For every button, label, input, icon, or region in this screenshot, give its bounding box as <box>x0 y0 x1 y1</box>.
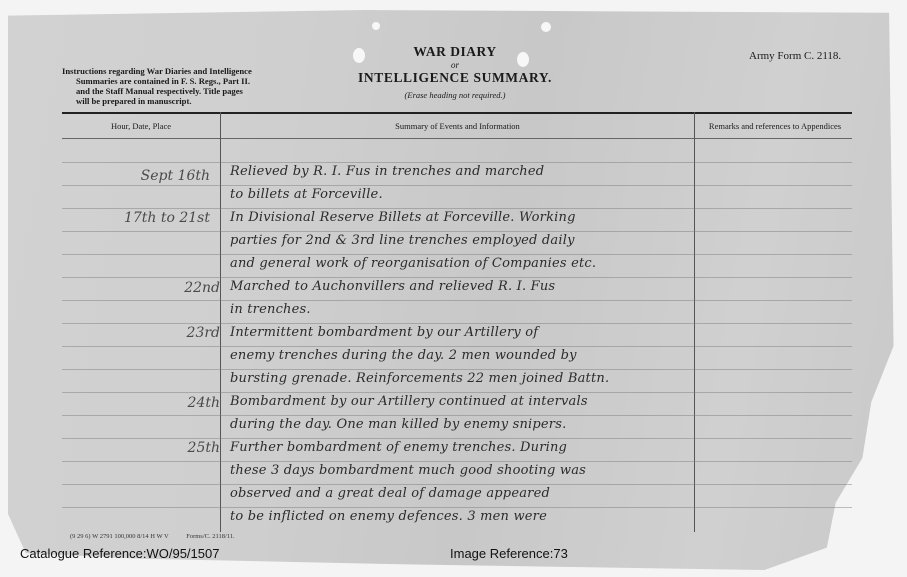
entry-date: 25th <box>80 440 220 456</box>
instructions-line: Instructions regarding War Diaries and I… <box>62 66 282 76</box>
entry-text: Intermittent bombardment by our Artiller… <box>230 325 538 340</box>
form-title: WAR DIARY or INTELLIGENCE SUMMARY. (Eras… <box>330 44 580 100</box>
punch-hole <box>372 22 380 30</box>
entry-text: in trenches. <box>230 302 311 317</box>
entry-text: and general work of reorganisation of Co… <box>230 256 596 271</box>
punch-hole <box>541 22 551 32</box>
ruled-line <box>62 392 852 393</box>
ruled-line <box>62 185 852 186</box>
entry-text: parties for 2nd & 3rd line trenches empl… <box>230 233 575 248</box>
column-divider <box>220 112 221 532</box>
instructions-line: will be prepared in manuscript. <box>62 96 282 106</box>
ruled-line <box>62 369 852 370</box>
column-header-summary: Summary of Events and Information <box>221 121 694 131</box>
entry-date: Sept 16th <box>80 168 210 184</box>
ruled-line <box>62 461 852 462</box>
entry-date: 23rd <box>80 325 220 341</box>
entry-text: to billets at Forceville. <box>230 187 383 202</box>
entry-text: Further bombardment of enemy trenches. D… <box>230 440 567 455</box>
ruled-line <box>62 415 852 416</box>
column-divider <box>694 112 695 532</box>
ruled-line <box>62 231 852 232</box>
ruled-line <box>62 438 852 439</box>
entry-text: to be inflicted on enemy defences. 3 men… <box>230 509 547 524</box>
ruled-line <box>62 507 852 508</box>
ruled-line <box>62 323 852 324</box>
image-reference: Image Reference:73 <box>450 546 568 561</box>
instructions-line: and the Staff Manual respectively. Title… <box>62 86 282 96</box>
column-header-remarks: Remarks and references to Appendices <box>695 121 855 131</box>
title-intelligence-summary: INTELLIGENCE SUMMARY. <box>330 70 580 86</box>
print-code: (9 29 6) W 2791 100,000 8/14 H W V <box>70 533 169 540</box>
entry-text: enemy trenches during the day. 2 men wou… <box>230 348 577 363</box>
entry-text: Bombardment by our Artillery continued a… <box>230 394 588 409</box>
entry-date: 17th to 21st <box>80 210 210 226</box>
header-rule <box>62 112 852 114</box>
catalogue-reference: Catalogue Reference:WO/95/1507 <box>20 546 219 561</box>
form-number: Forms/C. 2118/11. <box>186 533 234 540</box>
entry-text: bursting grenade. Reinforcements 22 men … <box>230 371 609 386</box>
entry-date: 22nd <box>80 280 220 296</box>
entry-text: Relieved by R. I. Fus in trenches and ma… <box>230 164 544 179</box>
title-note: (Erase heading not required.) <box>330 90 580 100</box>
entry-text: In Divisional Reserve Billets at Forcevi… <box>230 210 576 225</box>
title-war-diary: WAR DIARY <box>330 44 580 60</box>
ruled-line <box>62 162 852 163</box>
instructions-line: Summaries are contained in F. S. Regs., … <box>62 76 282 86</box>
ruled-line <box>62 277 852 278</box>
column-header-rule <box>62 138 852 139</box>
entry-text: Marched to Auchonvillers and relieved R.… <box>230 279 555 294</box>
entry-text: these 3 days bombardment much good shoot… <box>230 463 586 478</box>
entry-text: observed and a great deal of damage appe… <box>230 486 550 501</box>
entry-text: during the day. One man killed by enemy … <box>230 417 566 432</box>
entry-date: 24th <box>80 395 220 411</box>
ruled-line <box>62 346 852 347</box>
ruled-line <box>62 300 852 301</box>
ruled-line <box>62 208 852 209</box>
ruled-line <box>62 254 852 255</box>
form-instructions: Instructions regarding War Diaries and I… <box>62 66 282 106</box>
army-form-number: Army Form C. 2118. <box>749 50 841 62</box>
column-header-date: Hour, Date, Place <box>62 121 220 131</box>
title-or: or <box>330 60 580 70</box>
printer-imprint: (9 29 6) W 2791 100,000 8/14 H W V Forms… <box>70 533 235 540</box>
ruled-line <box>62 484 852 485</box>
